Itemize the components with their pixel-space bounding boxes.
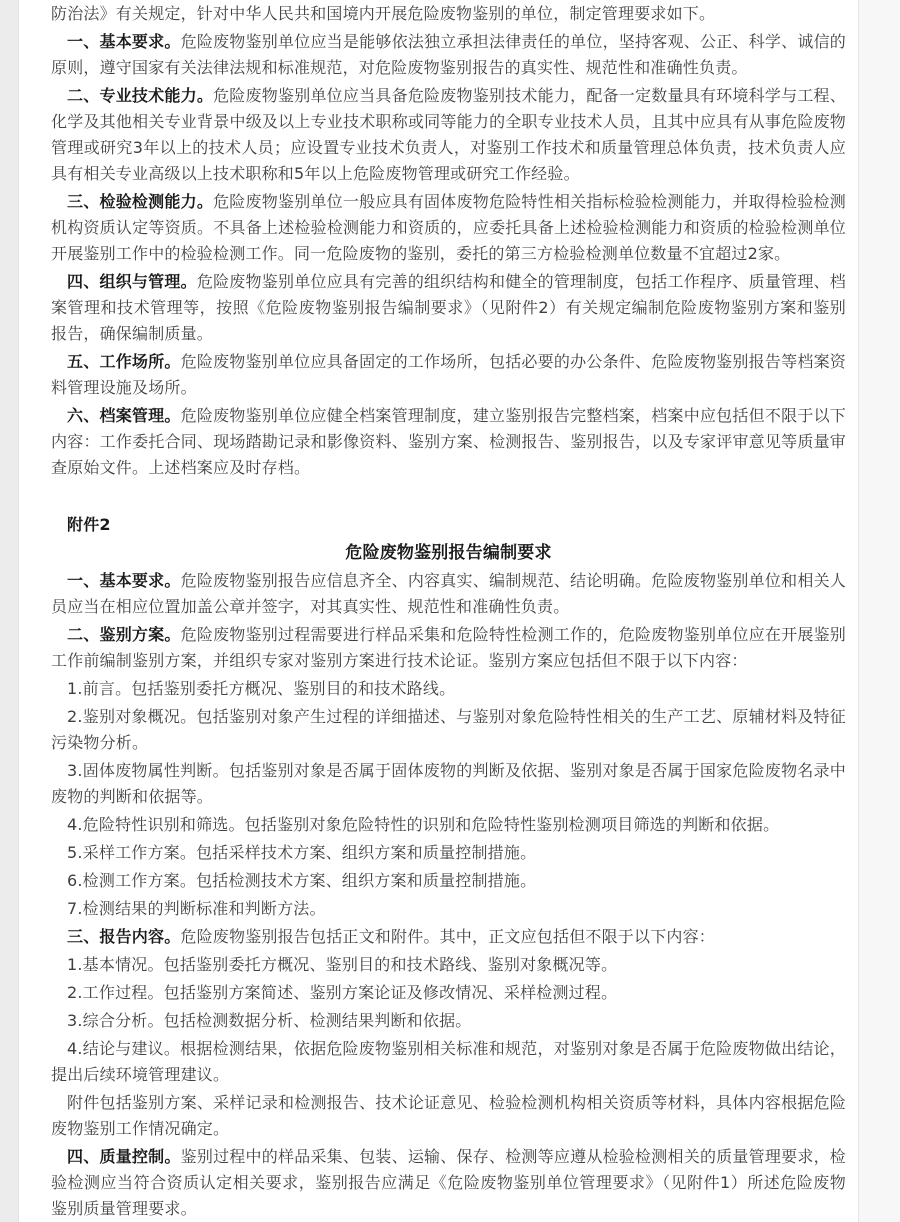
section-paragraph: 四、组织与管理。危险废物鉴别单位应具有完善的组织结构和健全的管理制度，包括工作程… <box>51 269 846 347</box>
section-paragraph: 二、鉴别方案。危险废物鉴别过程需要进行样品采集和危险特性检测工作的，危险废物鉴别… <box>51 622 846 674</box>
section-paragraph: 四、质量控制。鉴别过程中的样品采集、包装、运输、保存、检测等应遵从检验检测相关的… <box>51 1144 846 1222</box>
list-item-paragraph: 1.基本情况。包括鉴别委托方概况、鉴别目的和技术路线、鉴别对象概况等。 <box>51 952 846 978</box>
section-label: 三、报告内容。 <box>67 927 180 946</box>
section-label: 二、专业技术能力。 <box>67 86 213 105</box>
section-text: 危险废物鉴别报告包括正文和附件。其中，正文应包括但不限于以下内容： <box>180 927 715 946</box>
paragraph: 附件包括鉴别方案、采样记录和检测报告、技术论证意见、检验检测机构相关资质等材料，… <box>51 1090 846 1142</box>
list-item-paragraph: 1.前言。包括鉴别委托方概况、鉴别目的和技术路线。 <box>51 676 846 702</box>
document-title: 危险废物鉴别报告编制要求 <box>51 540 846 566</box>
page-background: 防治法》有关规定，针对中华人民共和国境内开展危险废物鉴别的单位，制定管理要求如下… <box>0 0 900 1222</box>
section-label: 三、检验检测能力。 <box>67 192 213 211</box>
section-paragraph: 二、专业技术能力。危险废物鉴别单位应当具备危险废物鉴别技术能力，配备一定数量具有… <box>51 83 846 187</box>
list-item-paragraph: 6.检测工作方案。包括检测技术方案、组织方案和质量控制措施。 <box>51 868 846 894</box>
section-paragraph: 三、检验检测能力。危险废物鉴别单位一般应具有固体废物危险特性相关指标检验检测能力… <box>51 189 846 267</box>
document-body: 防治法》有关规定，针对中华人民共和国境内开展危险废物鉴别的单位，制定管理要求如下… <box>51 1 846 1222</box>
section-label: 一、基本要求。 <box>67 571 181 590</box>
section-label: 四、质量控制。 <box>67 1147 181 1166</box>
section-paragraph: 一、基本要求。危险废物鉴别报告应信息齐全、内容真实、编制规范、结论明确。危险废物… <box>51 568 846 620</box>
list-item-paragraph: 3.固体废物属性判断。包括鉴别对象是否属于固体废物的判断及依据、鉴别对象是否属于… <box>51 758 846 810</box>
list-item-paragraph: 5.采样工作方案。包括采样技术方案、组织方案和质量控制措施。 <box>51 840 846 866</box>
attachment-label: 附件2 <box>51 512 846 538</box>
paragraph-continuation: 防治法》有关规定，针对中华人民共和国境内开展危险废物鉴别的单位，制定管理要求如下… <box>51 1 846 27</box>
document-sheet: 防治法》有关规定，针对中华人民共和国境内开展危险废物鉴别的单位，制定管理要求如下… <box>18 0 859 1222</box>
list-item-paragraph: 4.结论与建议。根据检测结果，依据危险废物鉴别相关标准和规范，对鉴别对象是否属于… <box>51 1036 846 1088</box>
section-paragraph: 五、工作场所。危险废物鉴别单位应具备固定的工作场所，包括必要的办公条件、危险废物… <box>51 349 846 401</box>
list-item-paragraph: 3.综合分析。包括检测数据分析、检测结果判断和依据。 <box>51 1008 846 1034</box>
section-paragraph: 三、报告内容。危险废物鉴别报告包括正文和附件。其中，正文应包括但不限于以下内容： <box>51 924 846 950</box>
section-label: 六、档案管理。 <box>67 406 181 425</box>
list-item-paragraph: 7.检测结果的判断标准和判断方法。 <box>51 896 846 922</box>
section-paragraph: 六、档案管理。危险废物鉴别单位应健全档案管理制度，建立鉴别报告完整档案，档案中应… <box>51 403 846 481</box>
section-label: 五、工作场所。 <box>67 352 181 371</box>
list-item-paragraph: 2.工作过程。包括鉴别方案简述、鉴别方案论证及修改情况、采样检测过程。 <box>51 980 846 1006</box>
section-label: 二、鉴别方案。 <box>67 625 181 644</box>
list-item-paragraph: 4.危险特性识别和筛选。包括鉴别对象危险特性的识别和危险特性鉴别检测项目筛选的判… <box>51 812 846 838</box>
section-label: 一、基本要求。 <box>67 32 181 51</box>
list-item-paragraph: 2.鉴别对象概况。包括鉴别对象产生过程的详细描述、与鉴别对象危险特性相关的生产工… <box>51 704 846 756</box>
section-paragraph: 一、基本要求。危险废物鉴别单位应当是能够依法独立承担法律责任的单位，坚持客观、公… <box>51 29 846 81</box>
section-label: 四、组织与管理。 <box>67 272 197 291</box>
